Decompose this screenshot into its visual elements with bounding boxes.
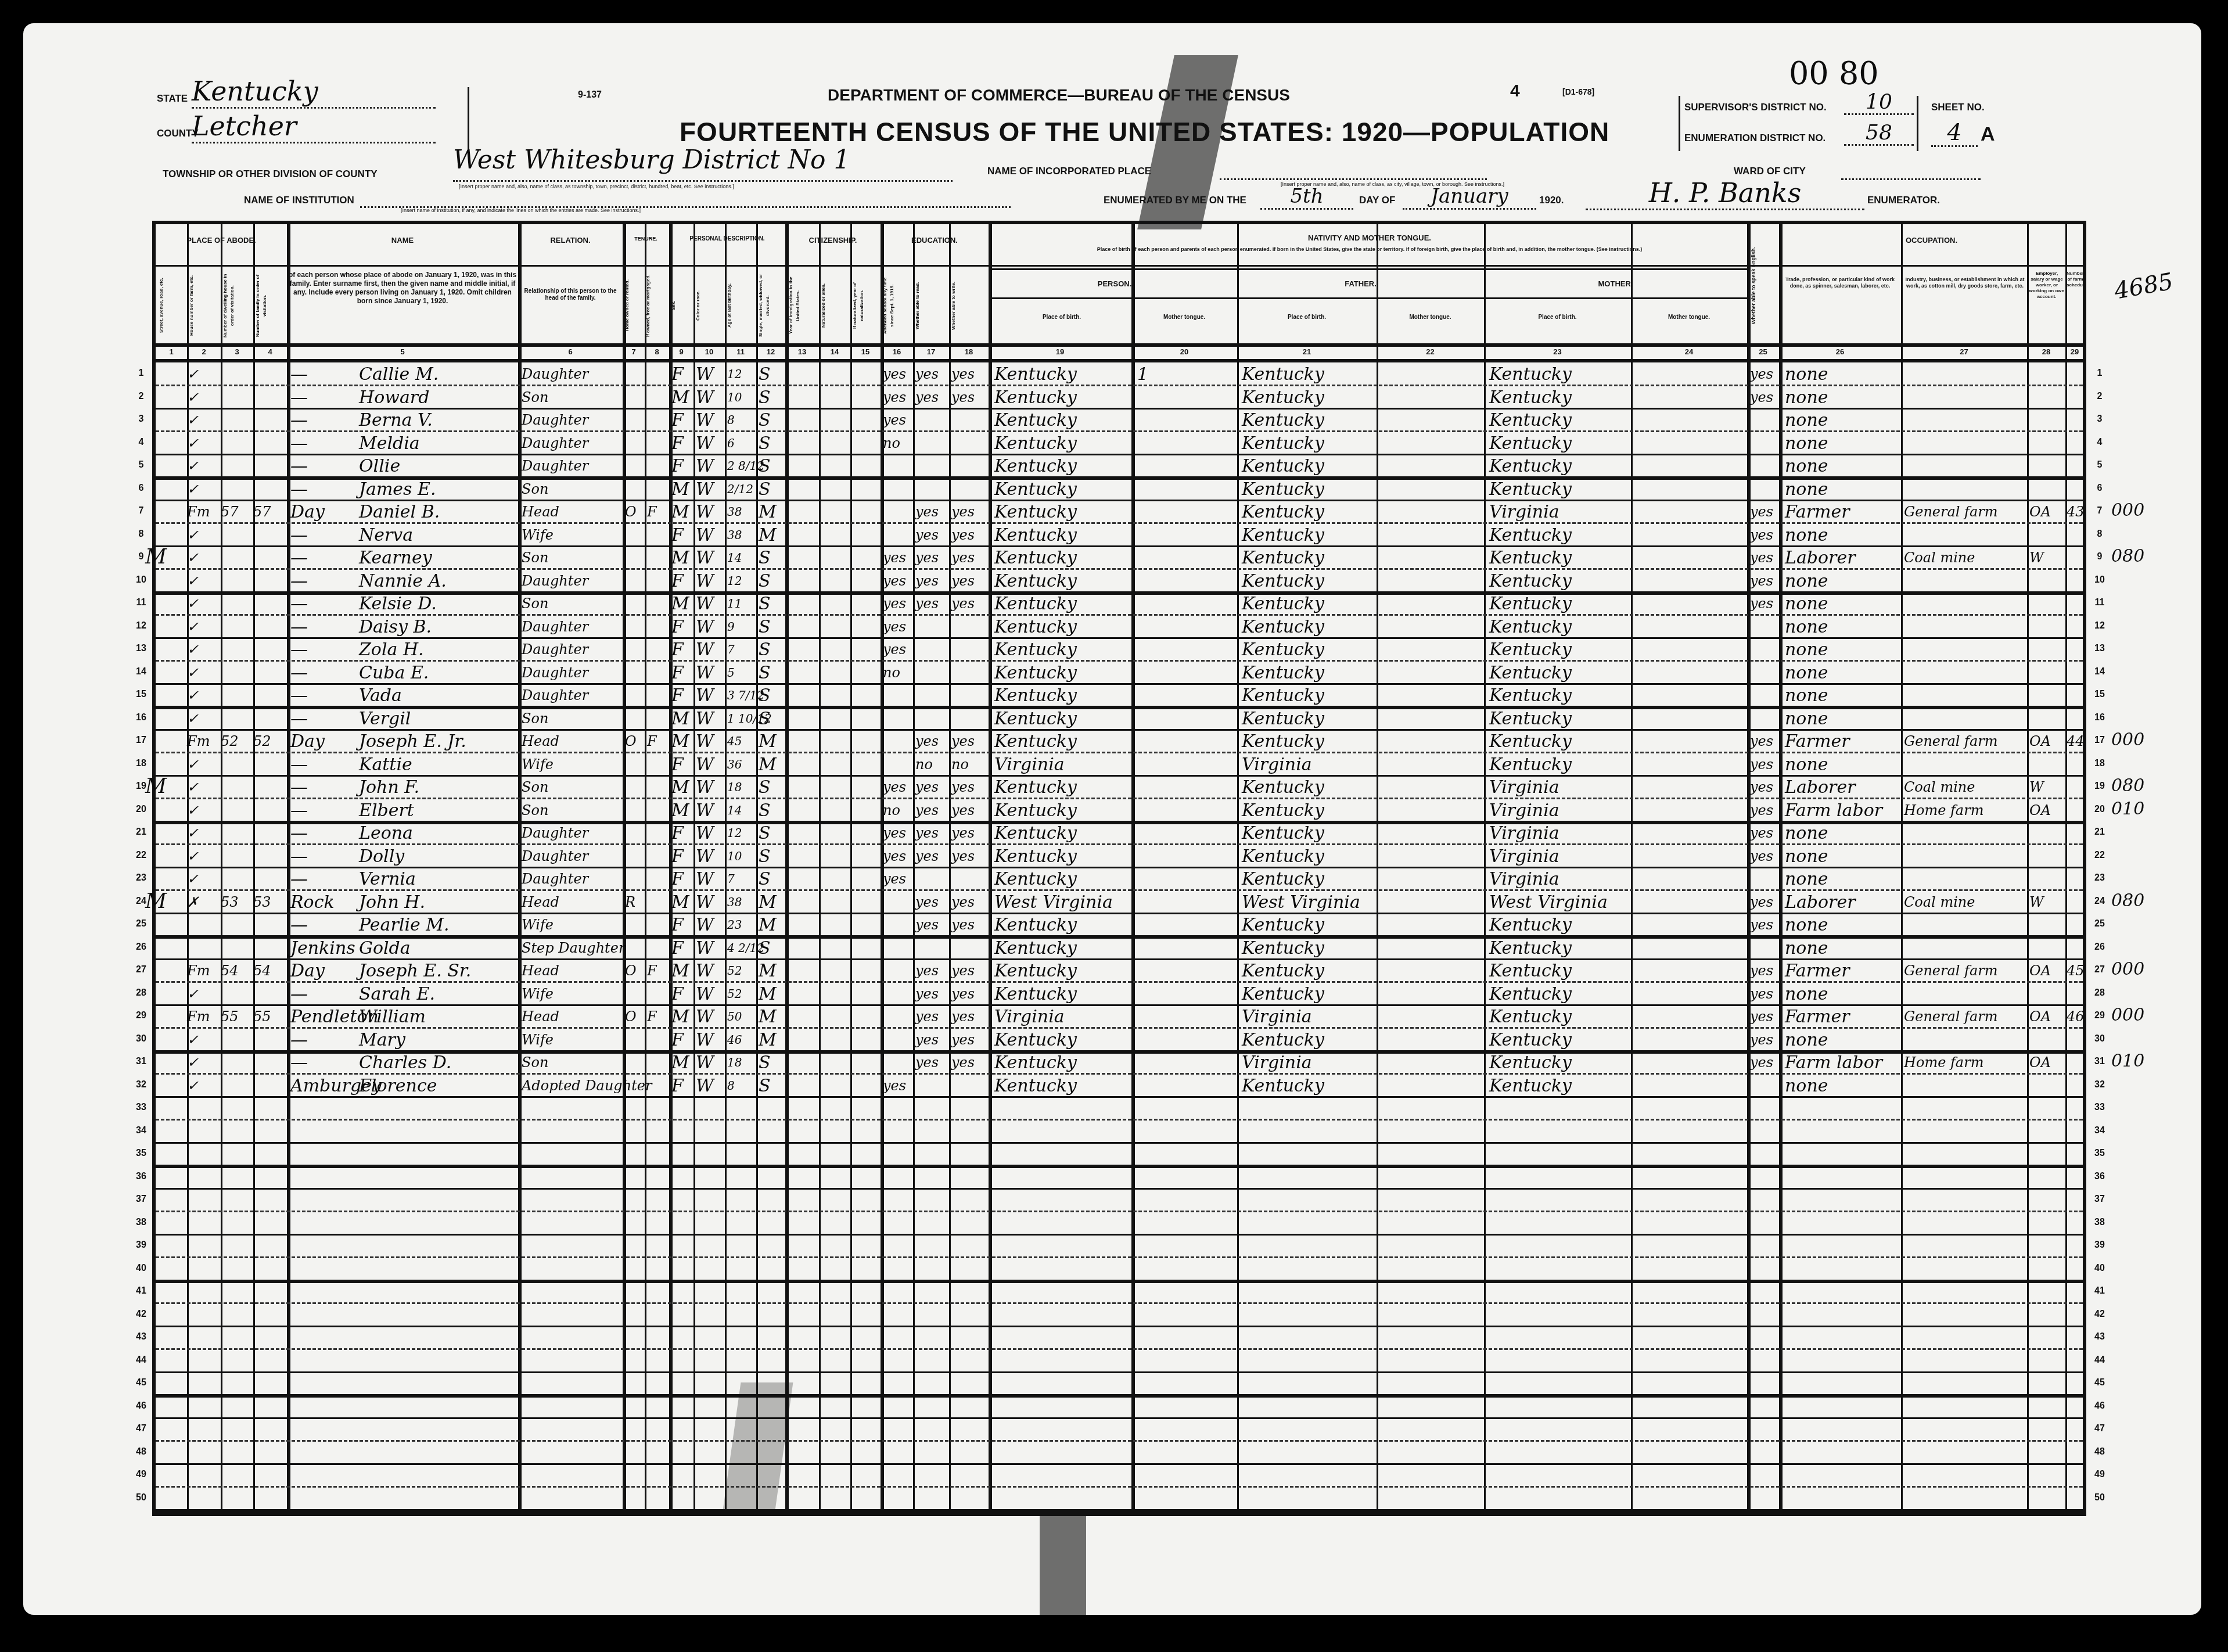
column-number: 11: [725, 347, 756, 356]
cell-english: yes: [1750, 731, 1778, 752]
cell-english: yes: [1750, 777, 1778, 798]
cell-birth: Virginia: [994, 1006, 1131, 1028]
cell-marital: S: [759, 364, 784, 385]
cell-father: Kentucky: [1242, 960, 1375, 982]
cell-school: yes: [883, 364, 912, 385]
sheet-label: SHEET NO.: [1931, 102, 1985, 113]
cell-age: 10: [727, 387, 755, 408]
cell-father: Virginia: [1242, 1006, 1375, 1028]
cell-write: yes: [951, 364, 986, 385]
cell-sex: M: [671, 708, 692, 730]
cell-relation: Step Daughter: [522, 938, 623, 959]
cell-trade: Farmer: [1785, 731, 1901, 752]
cell-english: yes: [1750, 364, 1778, 385]
column-number: 3: [221, 347, 253, 356]
line-number-right: 46: [2091, 1401, 2108, 1412]
header-c16: Attended school any time since Sept. 1, …: [882, 271, 912, 340]
cell-race: W: [696, 387, 724, 408]
cell-mother: Kentucky: [1489, 960, 1629, 982]
cell-marital: S: [759, 708, 784, 730]
cell-trade: none: [1785, 1029, 1901, 1051]
column-number: 10: [693, 347, 725, 356]
cell-given: James E.: [359, 479, 516, 500]
table-row: ✓—Callie M.DaughterFW12SyesyesyesKentuck…: [156, 362, 2083, 385]
incorporated-label: NAME OF INCORPORATED PLACE: [987, 166, 1151, 177]
line-number-left: 27: [132, 965, 150, 975]
cell-race: W: [696, 868, 724, 890]
table-row: ✓—Daisy B.DaughterFW9SyesKentuckyKentuck…: [156, 615, 2083, 638]
cell-c2: ✓: [187, 387, 221, 408]
cell-school: yes: [883, 410, 912, 431]
cell-mother: Kentucky: [1489, 639, 1629, 660]
cell-marital: S: [759, 1052, 784, 1073]
line-number-right: 44: [2091, 1355, 2108, 1366]
margin-code: 000: [2111, 500, 2144, 520]
cell-trade: none: [1785, 685, 1901, 706]
line-number-right: 23: [2091, 873, 2108, 884]
cell-mother: Kentucky: [1489, 1052, 1629, 1073]
cell-mort: F: [647, 960, 668, 982]
cell-given: Vergil: [359, 708, 516, 730]
cell-marital: S: [759, 410, 784, 431]
cell-mother: Kentucky: [1489, 983, 1629, 1005]
year: 1920.: [1539, 195, 1564, 206]
cell-c2: ✓: [187, 593, 221, 615]
cell-read: yes: [915, 1006, 948, 1028]
cell-marital: M: [759, 892, 784, 913]
cell-surname: —: [290, 777, 360, 798]
form-number: 9-137: [578, 90, 602, 100]
line-number-right: 20: [2091, 805, 2108, 815]
cell-c2: ✓: [187, 570, 221, 592]
cell-c2: ✓: [187, 1052, 221, 1073]
cell-trade: none: [1785, 593, 1901, 615]
cell-trade: Laborer: [1785, 547, 1901, 569]
cell-given: Nerva: [359, 525, 516, 546]
cell-age: 2/12: [727, 479, 755, 500]
line-number-left: 7: [132, 506, 150, 516]
header-c10: Color or race.: [695, 271, 724, 340]
header-c6: Relationship of this person to the head …: [518, 288, 623, 302]
cell-mother: Virginia: [1489, 868, 1629, 890]
cell-birth: Kentucky: [994, 1029, 1131, 1051]
line-number-right: 22: [2091, 850, 2108, 861]
line-number-right: 26: [2091, 942, 2108, 953]
table-row: ✓—Berna V.DaughterFW8SyesKentuckyKentuck…: [156, 408, 2083, 431]
cell-birth: West Virginia: [994, 892, 1131, 913]
line-number-left: 49: [132, 1470, 150, 1480]
line-number-right: 11: [2091, 598, 2108, 608]
table-row: [156, 1372, 2083, 1395]
cell-race: W: [696, 1006, 724, 1028]
cell-father: Kentucky: [1242, 616, 1375, 638]
cell-father: Kentucky: [1242, 525, 1375, 546]
cell-trade: none: [1785, 938, 1901, 959]
table-row: JenkinsGoldaStep DaughterFW4 2/12SKentuc…: [156, 936, 2083, 959]
cell-worker: OA: [2029, 501, 2064, 523]
cell-surname: Day: [290, 960, 360, 982]
column-number: 13: [785, 347, 819, 356]
cell-school: yes: [883, 1075, 912, 1097]
cell-marital: M: [759, 754, 784, 775]
line-number-left: 31: [132, 1057, 150, 1067]
cell-surname: Pendleton: [290, 1006, 360, 1028]
cell-relation: Son: [522, 547, 623, 569]
cell-english: yes: [1750, 593, 1778, 615]
cell-write: yes: [951, 960, 986, 982]
cell-trade: none: [1785, 570, 1901, 592]
cell-c2: ✓: [187, 364, 221, 385]
cell-relation: Son: [522, 777, 623, 798]
cell-relation: Head: [522, 501, 623, 523]
person-divider: [992, 297, 1747, 299]
line-number-right: 31: [2091, 1057, 2108, 1067]
cell-c2: ✓: [187, 455, 221, 477]
column-number: 16: [881, 347, 913, 356]
table-row: ✓—OllieDaughterFW2 8/12SKentuckyKentucky…: [156, 454, 2083, 477]
cell-sex: F: [671, 823, 692, 844]
column-number: 2: [187, 347, 221, 356]
line-number-left: 38: [132, 1218, 150, 1228]
cell-race: W: [696, 777, 724, 798]
cell-mother: Kentucky: [1489, 547, 1629, 569]
column-number: 6: [518, 347, 623, 356]
enumerated-label: ENUMERATED BY ME ON THE: [1104, 195, 1246, 206]
cell-english: yes: [1750, 892, 1778, 913]
cell-relation: Daughter: [522, 662, 623, 684]
cell-father: Kentucky: [1242, 983, 1375, 1005]
cell-sex: M: [671, 892, 692, 913]
cell-school: yes: [883, 823, 912, 844]
cell-c4: 53: [253, 892, 287, 913]
cell-sex: M: [671, 547, 692, 569]
cell-sex: M: [671, 777, 692, 798]
table-row: —Pearlie M.WifeFW23MyesyesKentuckyKentuc…: [156, 913, 2083, 936]
cell-birth: Kentucky: [994, 501, 1131, 523]
cell-marital: S: [759, 777, 784, 798]
table-row: [156, 1258, 2083, 1280]
cell-marital: S: [759, 616, 784, 638]
cell-mother: Kentucky: [1489, 914, 1629, 936]
cell-english: yes: [1750, 1029, 1778, 1051]
cell-surname: Day: [290, 731, 360, 752]
line-number-right: 36: [2091, 1172, 2108, 1182]
cell-surname: Rock: [290, 892, 360, 913]
cell-relation: Adopted Daughter: [522, 1075, 623, 1097]
cell-surname: —: [290, 525, 360, 546]
cell-father: Kentucky: [1242, 800, 1375, 821]
row-rule: [156, 1509, 2083, 1513]
cell-given: Vernia: [359, 868, 516, 890]
cell-given: William: [359, 1006, 516, 1028]
cell-race: W: [696, 593, 724, 615]
cell-race: W: [696, 983, 724, 1005]
cell-surname: —: [290, 983, 360, 1005]
line-number-left: 26: [132, 942, 150, 953]
cell-english: yes: [1750, 1006, 1778, 1028]
margin-code: 010: [2111, 1051, 2144, 1071]
cell-worker: OA: [2029, 731, 2064, 752]
cell-surname: —: [290, 846, 360, 867]
cell-birth: Kentucky: [994, 570, 1131, 592]
cell-school: no: [883, 800, 912, 821]
county-value: Letcher: [192, 110, 436, 143]
cell-age: 38: [727, 501, 755, 523]
occupation-divider: [1779, 265, 2084, 267]
cell-write: yes: [951, 731, 986, 752]
column-number: 9: [669, 347, 693, 356]
state-value: Kentucky: [192, 76, 436, 109]
nativity-note: Place of birth of each person and parent…: [998, 246, 1741, 253]
cell-english: yes: [1750, 501, 1778, 523]
cell-mother: Virginia: [1489, 777, 1629, 798]
cell-c4: 52: [253, 731, 287, 752]
cell-surname: —: [290, 868, 360, 890]
institution-label: NAME OF INSTITUTION: [244, 195, 354, 206]
cell-surname: —: [290, 662, 360, 684]
cell-c2: ✓: [187, 1029, 221, 1051]
line-number-right: 50: [2091, 1493, 2108, 1503]
cell-father: Kentucky: [1242, 685, 1375, 706]
table-row: ✓—LeonaDaughterFW12SyesyesyesKentuckyKen…: [156, 821, 2083, 844]
cell-read: yes: [915, 570, 948, 592]
cell-surname: Amburgey: [290, 1075, 360, 1097]
line-number-right: 43: [2091, 1332, 2108, 1342]
cell-mother: Kentucky: [1489, 525, 1629, 546]
cell-relation: Son: [522, 1052, 623, 1073]
table-row: [156, 1303, 2083, 1326]
bracket-left: [1679, 96, 1680, 151]
cell-mother: Virginia: [1489, 800, 1629, 821]
cell-father: Kentucky: [1242, 639, 1375, 660]
cell-c3: 54: [221, 960, 253, 982]
cell-marital: S: [759, 846, 784, 867]
cell-read: yes: [915, 914, 948, 936]
line-number-left: 34: [132, 1126, 150, 1136]
cell-marital: M: [759, 960, 784, 982]
cell-relation: Daughter: [522, 410, 623, 431]
cell-relation: Son: [522, 800, 623, 821]
cell-race: W: [696, 960, 724, 982]
cell-age: 12: [727, 364, 755, 385]
cell-father: Kentucky: [1242, 593, 1375, 615]
cell-race: W: [696, 846, 724, 867]
line-number-left: 32: [132, 1080, 150, 1090]
cell-sex: M: [671, 960, 692, 982]
line-number-left: 1: [132, 368, 150, 379]
cell-birth: Kentucky: [994, 593, 1131, 615]
group-person: PERSON.: [992, 279, 1237, 288]
cell-race: W: [696, 708, 724, 730]
cell-father: Kentucky: [1242, 731, 1375, 752]
cell-birth: Kentucky: [994, 983, 1131, 1005]
header-c12: Single, married, widowed, or divorced.: [757, 271, 784, 340]
cell-mother: Kentucky: [1489, 455, 1629, 477]
cell-english: yes: [1750, 823, 1778, 844]
line-number-right: 5: [2091, 460, 2108, 471]
cell-worker: OA: [2029, 800, 2064, 821]
cell-marital: S: [759, 868, 784, 890]
line-number-left: 46: [132, 1401, 150, 1412]
cell-write: yes: [951, 570, 986, 592]
cell-relation: Daughter: [522, 639, 623, 660]
column-number: 24: [1631, 347, 1747, 356]
cell-father: Kentucky: [1242, 662, 1375, 684]
column-number: 22: [1377, 347, 1484, 356]
cell-father: West Virginia: [1242, 892, 1375, 913]
enumeration-label: ENUMERATION DISTRICT NO.: [1684, 132, 1825, 144]
cell-relation: Daughter: [522, 616, 623, 638]
line-number-right: 21: [2091, 827, 2108, 838]
cell-given: Florence: [359, 1075, 516, 1097]
cell-given: Joseph E. Jr.: [359, 731, 516, 752]
cell-age: 8: [727, 1075, 755, 1097]
cell-marital: S: [759, 387, 784, 408]
cell-industry: Coal mine: [1904, 892, 2026, 913]
line-number-right: 8: [2091, 529, 2108, 540]
cell-trade: none: [1785, 639, 1901, 660]
cell-sex: F: [671, 639, 692, 660]
cell-given: Kattie: [359, 754, 516, 775]
cell-trade: Laborer: [1785, 777, 1901, 798]
cell-birth: Kentucky: [994, 731, 1131, 752]
cell-school: yes: [883, 387, 912, 408]
cell-age: 38: [727, 525, 755, 546]
cell-marital: S: [759, 662, 784, 684]
cell-relation: Wife: [522, 983, 623, 1005]
cell-write: yes: [951, 387, 986, 408]
cell-read: yes: [915, 1029, 948, 1051]
line-number-right: 18: [2091, 759, 2108, 769]
line-number-right: 3: [2091, 414, 2108, 425]
cell-surname: —: [290, 364, 360, 385]
cell-trade: Farmer: [1785, 1006, 1901, 1028]
cell-race: W: [696, 892, 724, 913]
cell-relation: Daughter: [522, 846, 623, 867]
cell-farm: 43: [2067, 501, 2084, 523]
cell-tenure: O: [625, 501, 644, 523]
cell-english: yes: [1750, 387, 1778, 408]
cell-english: yes: [1750, 570, 1778, 592]
line-number-left: 50: [132, 1493, 150, 1503]
line-number-right: 35: [2091, 1148, 2108, 1159]
column-number: 17: [913, 347, 949, 356]
table-row: ✓—DollyDaughterFW10SyesyesyesKentuckyKen…: [156, 845, 2083, 867]
cell-father: Kentucky: [1242, 823, 1375, 844]
cell-english: yes: [1750, 846, 1778, 867]
cell-given: John F.: [359, 777, 516, 798]
cell-given: Mary: [359, 1029, 516, 1051]
group-personal: PERSONAL DESCRIPTION.: [669, 236, 785, 242]
cell-given: Elbert: [359, 800, 516, 821]
line-number-left: 4: [132, 437, 150, 448]
line-number-right: 42: [2091, 1309, 2108, 1320]
cell-sex: F: [671, 616, 692, 638]
line-number-right: 34: [2091, 1126, 2108, 1136]
cell-marital: S: [759, 479, 784, 500]
cell-school: yes: [883, 777, 912, 798]
header-c17: Whether able to read.: [914, 271, 948, 340]
township-note: [Insert proper name and, also, name of c…: [459, 184, 958, 190]
enumeration-value: 58: [1844, 121, 1914, 146]
cell-trade: none: [1785, 846, 1901, 867]
cell-c2: ✓: [187, 777, 221, 798]
line-number-left: 6: [132, 483, 150, 494]
cell-given: Charles D.: [359, 1052, 516, 1073]
cell-given: Vada: [359, 685, 516, 706]
cell-father: Kentucky: [1242, 455, 1375, 477]
column-number: 1: [156, 347, 187, 356]
line-number-left: 15: [132, 689, 150, 700]
cell-relation: Head: [522, 960, 623, 982]
cell-birth: Kentucky: [994, 455, 1131, 477]
cell-mort: F: [647, 731, 668, 752]
cell-relation: Son: [522, 479, 623, 500]
column-number: 27: [1901, 347, 2027, 356]
column-number: 19: [989, 347, 1131, 356]
header-c20: Mother tongue.: [1131, 314, 1237, 321]
header-c3: Number of dwelling house in order of vis…: [222, 271, 252, 340]
cell-surname: —: [290, 1029, 360, 1051]
cell-sex: M: [671, 387, 692, 408]
cell-father: Kentucky: [1242, 570, 1375, 592]
line-number-left: 40: [132, 1263, 150, 1274]
cell-trade: none: [1785, 616, 1901, 638]
cell-sex: F: [671, 983, 692, 1005]
cell-age: 9: [727, 616, 755, 638]
cell-race: W: [696, 754, 724, 775]
cell-sex: M: [671, 501, 692, 523]
line-number-right: 6: [2091, 483, 2108, 494]
line-number-left: 20: [132, 805, 150, 815]
cell-marital: S: [759, 823, 784, 844]
cell-relation: Head: [522, 892, 623, 913]
stamp-number: 00 80: [1789, 55, 1879, 92]
state-label: STATE: [157, 93, 188, 105]
line-number-right: 49: [2091, 1470, 2108, 1480]
cell-relation: Daughter: [522, 433, 623, 454]
cell-race: W: [696, 1029, 724, 1051]
cell-mother: Kentucky: [1489, 1029, 1629, 1051]
line-number-left: 29: [132, 1011, 150, 1021]
cell-sex: F: [671, 846, 692, 867]
line-number-right: 24: [2091, 896, 2108, 907]
cell-birth: Kentucky: [994, 1075, 1131, 1097]
cell-write: yes: [951, 525, 986, 546]
line-number-left: 16: [132, 713, 150, 723]
cell-c2: ✓: [187, 1075, 221, 1097]
cell-trade: none: [1785, 387, 1901, 408]
cell-given: Golda: [359, 938, 516, 959]
line-number-left: 8: [132, 529, 150, 540]
line-number-right: 15: [2091, 689, 2108, 700]
cell-trade: none: [1785, 823, 1901, 844]
cell-age: 7: [727, 639, 755, 660]
cell-surname: Jenkins: [290, 938, 360, 959]
cell-birth: Kentucky: [994, 846, 1131, 867]
cell-tongue: 1: [1137, 364, 1236, 385]
line-number-right: 33: [2091, 1102, 2108, 1113]
cell-father: Kentucky: [1242, 846, 1375, 867]
cell-english: yes: [1750, 754, 1778, 775]
cell-given: Daisy B.: [359, 616, 516, 638]
enumerated-day: 5th: [1260, 185, 1353, 210]
form-code: [D1-678]: [1562, 87, 1594, 96]
census-table: PLACE OF ABODE. NAME RELATION. TENURE. P…: [152, 221, 2086, 1516]
cell-mother: Kentucky: [1489, 364, 1629, 385]
cell-sex: M: [671, 1052, 692, 1073]
census-title: FOURTEENTH CENSUS OF THE UNITED STATES: …: [680, 116, 1609, 148]
